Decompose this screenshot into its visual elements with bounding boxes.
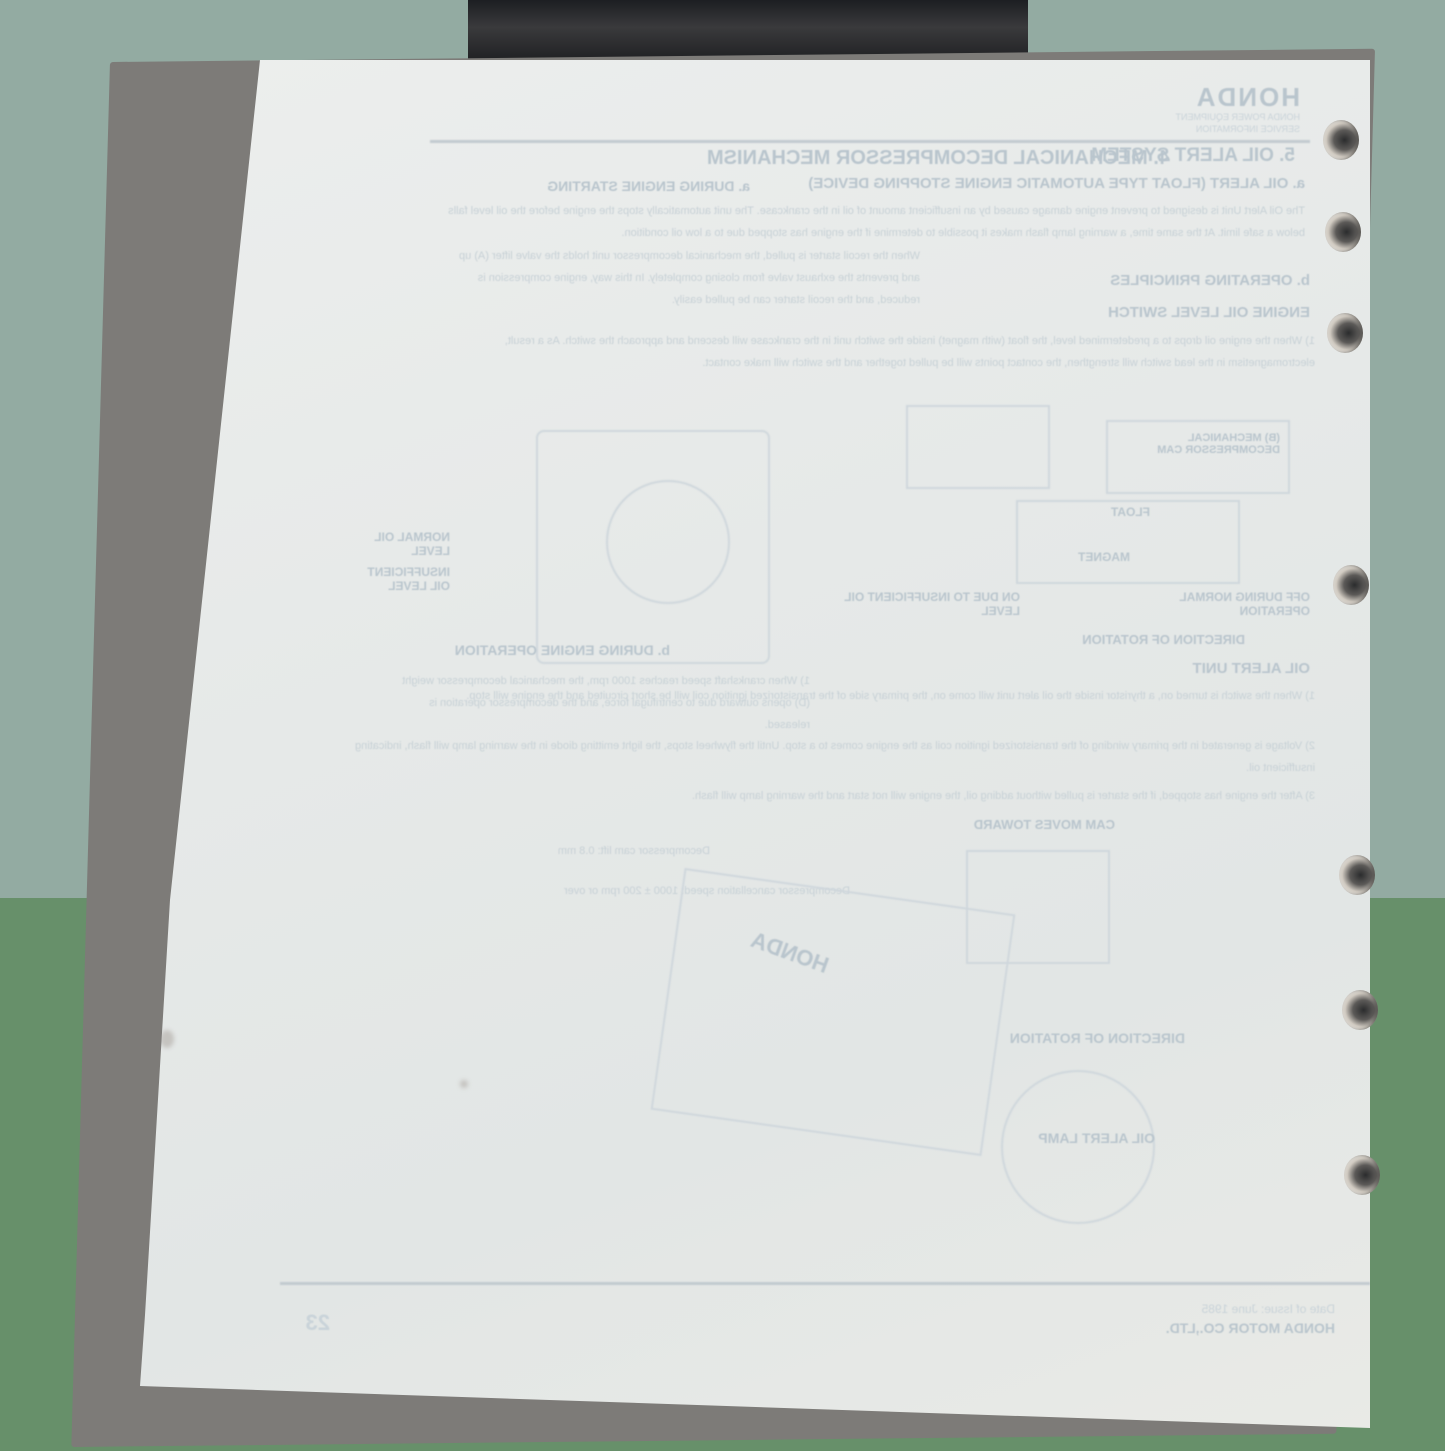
subsection-title: OIL ALERT UNIT (1193, 660, 1311, 677)
body-text: 1) When crankshaft speed reaches 1000 rp… (390, 670, 810, 736)
diagram-label: OIL ALERT LAMP (1038, 1130, 1155, 1146)
diagram-label: CAM MOVES TOWARD (974, 817, 1115, 832)
unit-item: 2) Voltage is generated in the primary w… (305, 735, 1315, 779)
diagram-label: OFF DURING NORMAL OPERATION (1160, 590, 1310, 618)
diagram-label: (B) MECHANICAL DECOMPRESSOR CAM (1140, 432, 1280, 456)
show-through-content: HONDA HONDA POWER EQUIPMENT SERVICE INFO… (140, 60, 1370, 1435)
subsection-title: a. OIL ALERT (FLOAT TYPE AUTOMATIC ENGIN… (808, 175, 1305, 192)
diagram-label: INSUFFICIENT OIL LEVEL (350, 565, 450, 593)
binder-hole (1327, 313, 1363, 353)
brand-subtitle: SERVICE INFORMATION (1196, 124, 1300, 134)
body-text: The Oil Alert Unit is designed to preven… (425, 200, 1305, 244)
stain-mark (460, 1080, 468, 1088)
diagram-label: DIRECTION OF ROTATION (1010, 1030, 1185, 1046)
stain-mark (160, 1030, 174, 1048)
brand-logo: HONDA (1195, 82, 1300, 113)
binder-hole (1342, 990, 1378, 1030)
manual-page: HONDA HONDA POWER EQUIPMENT SERVICE INFO… (140, 60, 1370, 1435)
engine-illustration (651, 868, 1016, 1156)
subsection-title: b. DURING ENGINE OPERATION (455, 642, 670, 658)
diagram-label: FLOAT (1111, 505, 1150, 519)
decompressor-cam-diagram (906, 405, 1050, 489)
brand-subtitle: HONDA POWER EQUIPMENT (1175, 112, 1300, 122)
subsection-title: b. OPERATING PRINCIPLES (1110, 272, 1310, 289)
unit-item: 3) After the engine has stopped, if the … (255, 785, 1315, 807)
diagram-label: NORMAL OIL LEVEL (360, 530, 450, 558)
publisher: HONDA MOTOR CO.,LTD. (1166, 1320, 1335, 1336)
page-number: 23 (306, 1310, 330, 1336)
body-text: When the recoil starter is pulled, the m… (450, 245, 920, 311)
subsection-title: ENGINE OIL LEVEL SWITCH (1108, 304, 1310, 321)
binder-hole (1339, 855, 1375, 895)
subsection-title: a. DURING ENGINE STARTING (547, 178, 750, 194)
flywheel-diagram (1001, 1070, 1155, 1224)
footer-rule (280, 1282, 1370, 1285)
diagram-label: DIRECTION OF ROTATION (1082, 632, 1245, 647)
header-rule (430, 140, 1310, 143)
diagram-label: ON DUE TO INSUFFICIENT OIL LEVEL (840, 590, 1020, 618)
section-title: 4. MECHANICAL DECOMPRESSOR MECHANISM (707, 147, 1170, 170)
issue-date: Date of Issue: June 1985 (1202, 1302, 1335, 1316)
body-text: 1) When the engine oil drops to a predet… (415, 330, 1315, 374)
binder-hole (1344, 1155, 1380, 1195)
binder-hole (1323, 120, 1359, 160)
crank-gear-diagram (606, 480, 730, 604)
binder-hole (1333, 565, 1369, 605)
binder-hole (1325, 212, 1361, 252)
note: Decompressor cam lift: 0.8 mm (350, 840, 710, 862)
diagram-label: MAGNET (1078, 550, 1130, 564)
